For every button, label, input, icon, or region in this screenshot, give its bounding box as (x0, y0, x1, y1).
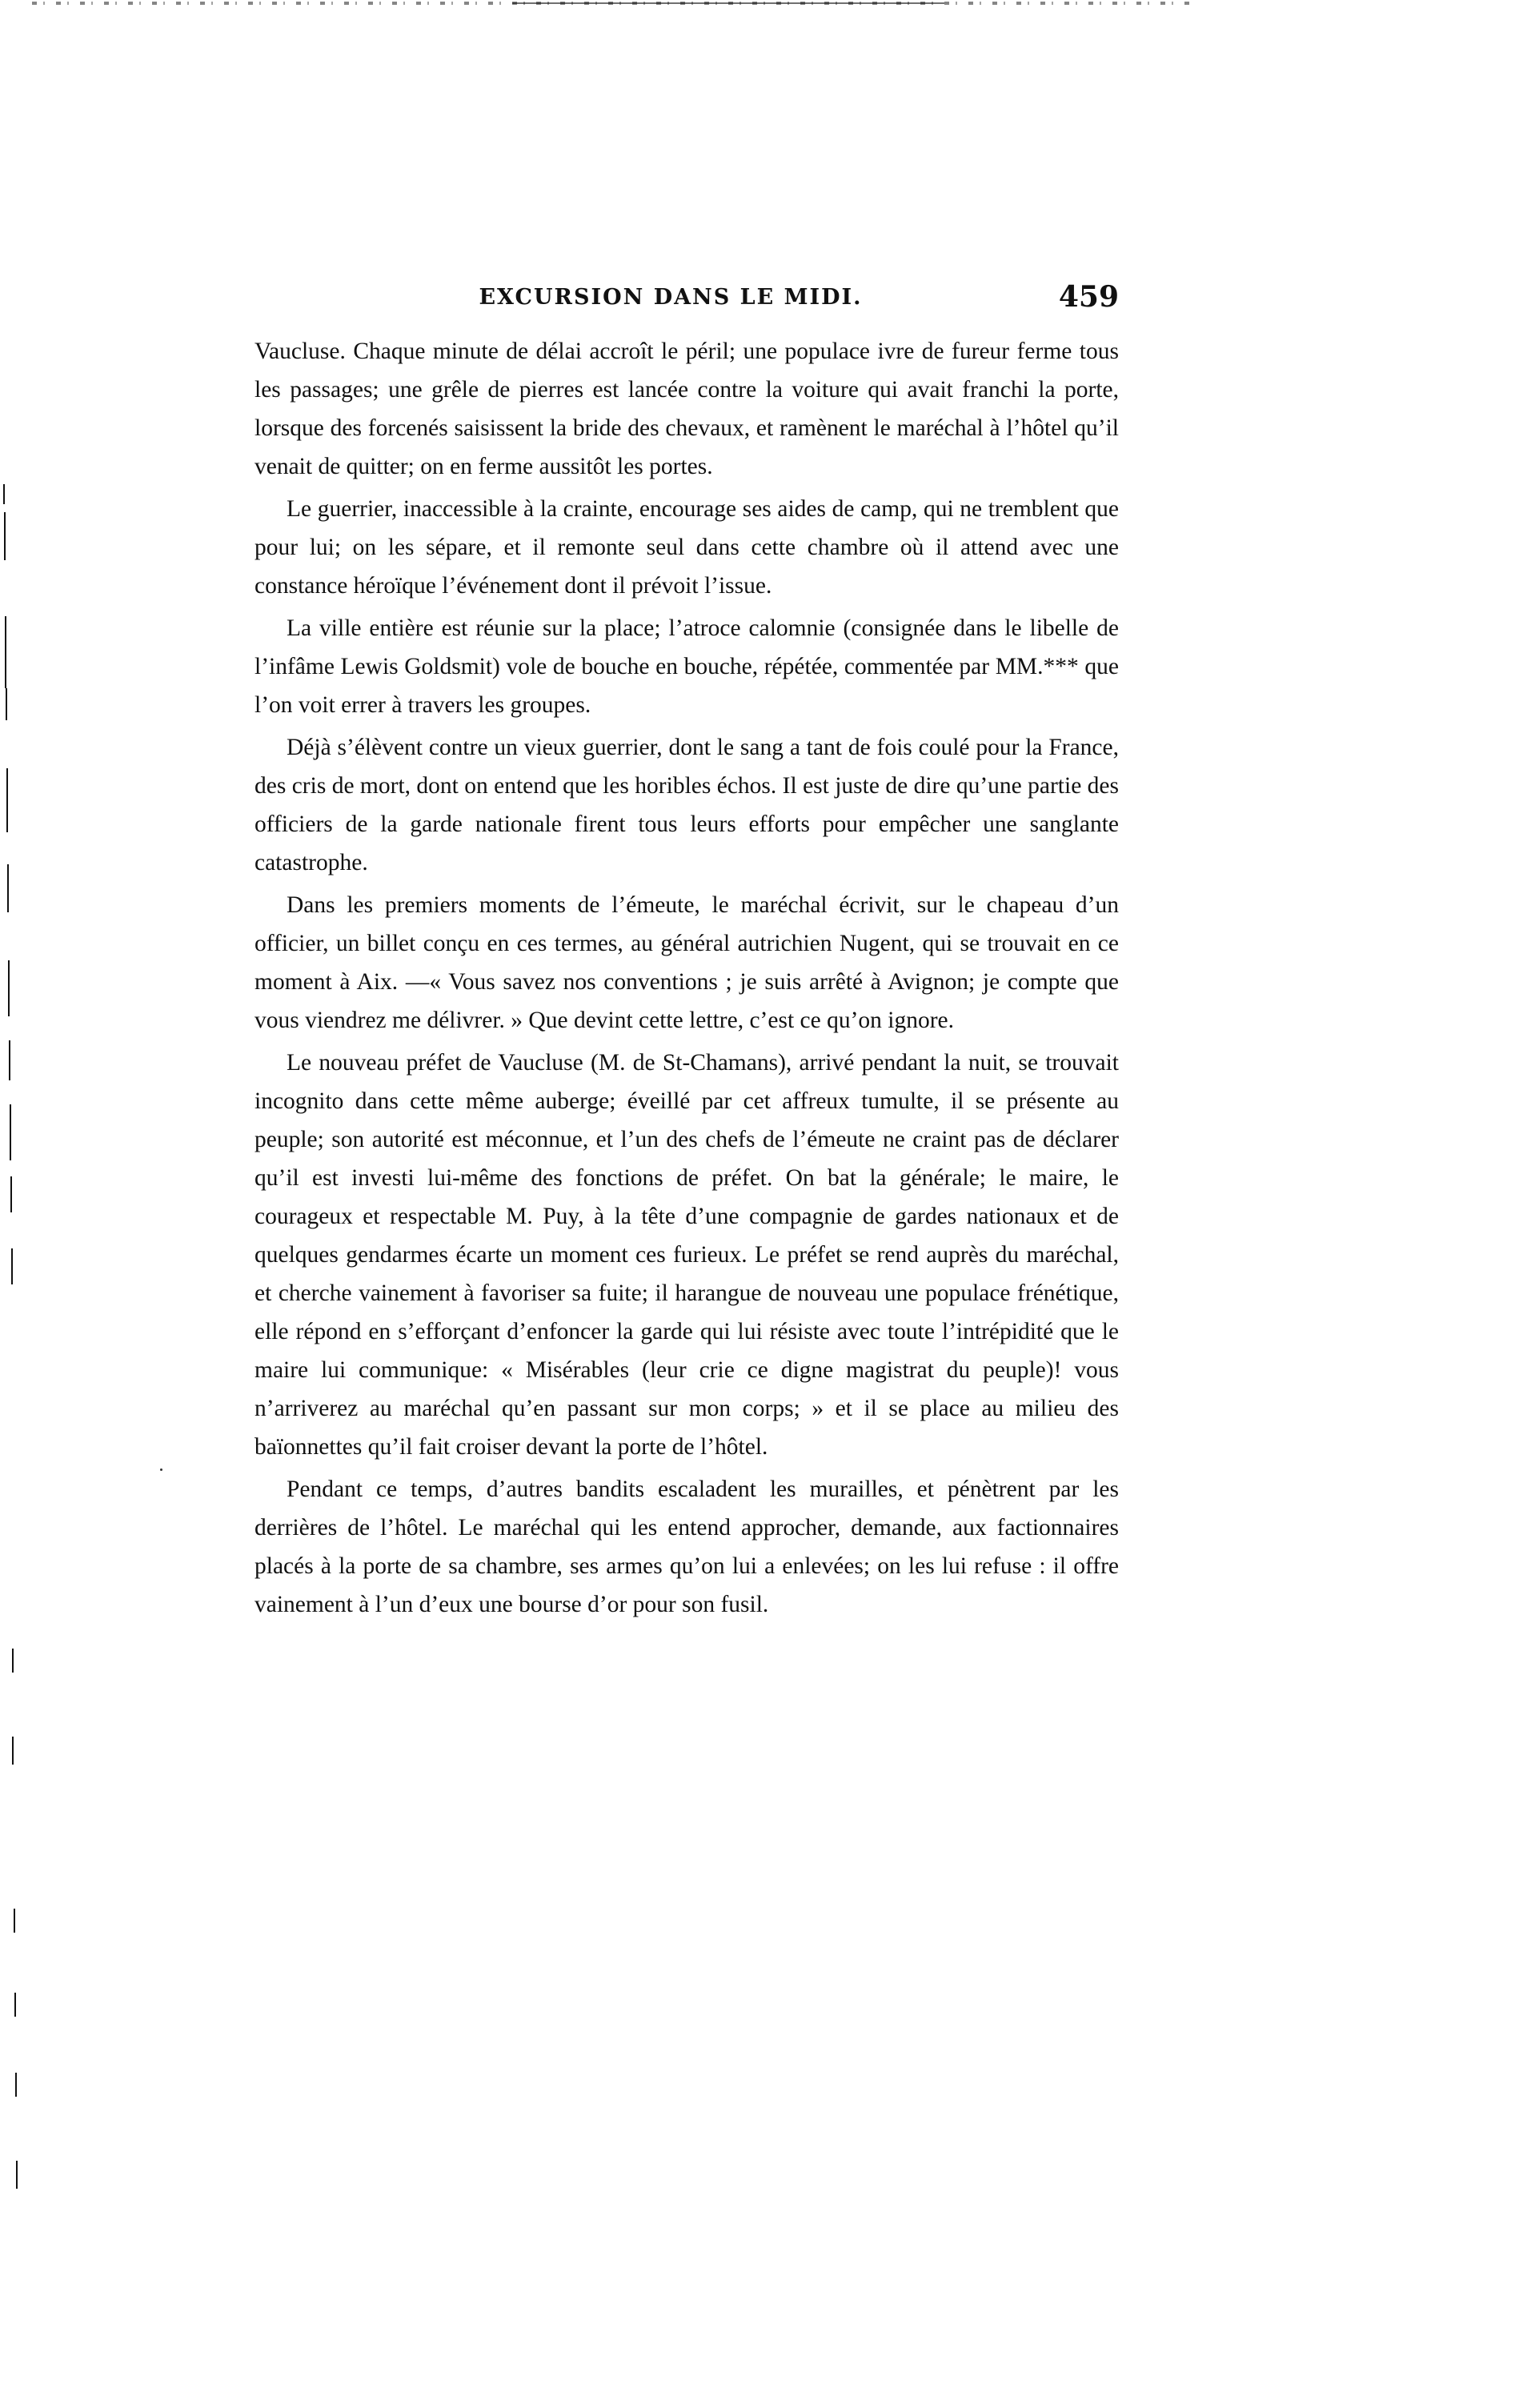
paragraph: Déjà s’élèvent contre un vieux guerrier,… (255, 728, 1119, 882)
scan-margin-marks (0, 0, 24, 2408)
paragraph: Vaucluse. Chaque minute de délai accroît… (255, 332, 1119, 486)
paragraph: Le nouveau préfet de Vaucluse (M. de St-… (255, 1044, 1119, 1466)
paragraph: Pendant ce temps, d’autres bandits escal… (255, 1470, 1119, 1624)
paragraph: Dans les premiers moments de l’émeute, l… (255, 886, 1119, 1040)
scan-edge-artifact (512, 2, 944, 4)
running-title: EXCURSION DANS LE MIDI. (255, 285, 1119, 310)
scanned-page: EXCURSION DANS LE MIDI. 459 Vaucluse. Ch… (0, 0, 1523, 2408)
running-header: EXCURSION DANS LE MIDI. 459 (255, 285, 1119, 320)
page-number: 459 (1059, 280, 1119, 314)
paragraph: La ville entière est réunie sur la place… (255, 609, 1119, 724)
scan-speck (160, 1468, 162, 1471)
paragraph: Le guerrier, inaccessible à la crainte, … (255, 490, 1119, 605)
body-text: Vaucluse. Chaque minute de délai accroît… (255, 332, 1119, 1628)
